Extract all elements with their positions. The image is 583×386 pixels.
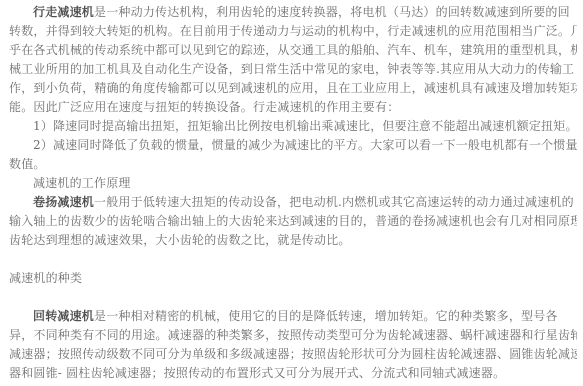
keyword-hoisting-reducer: 卷扬减速机 — [33, 195, 94, 209]
blank-line — [9, 288, 577, 307]
paragraph-slewing-reducer-line-2: 异，不同种类有不同的用途。减速器的种类繁多，按照传动类型可分为齿轮减速器、蜗杆减… — [9, 326, 577, 345]
paragraph-slewing-reducer-line-1: 回转减速机是一种相对精密的机械，使用它的目的是降低转速，增加转矩。它的种类繁多，… — [9, 307, 577, 326]
paragraph-slewing-reducer-line-3: 减速器；按照传动级数不同可分为单级和多级减速器；按照齿轮形状可分为圆柱齿轮减速器… — [9, 345, 577, 364]
paragraph-hoisting-reducer-line-3: 齿轮达到理想的减速效果，大小齿轮的齿数之比，就是传动比。 — [9, 231, 577, 250]
keyword-walking-reducer: 行走减速机 — [33, 5, 94, 19]
paragraph-hoisting-reducer-line-2: 输入轴上的齿数少的齿轮啮合输出轴上的大齿轮来达到减速的目的，普通的卷扬减速机也会… — [9, 212, 577, 231]
blank-line — [9, 250, 577, 269]
article-body: 行走减速机是一种动力传达机构，利用齿轮的速度转换器，将电机（马达）的回转数减速到… — [0, 0, 583, 383]
paragraph-walking-reducer-line-6: 能。因此广泛应用在速度与扭矩的转换设备。行走减速机的作用主要有： — [9, 98, 577, 117]
subheading-working-principle: 减速机的工作原理 — [9, 174, 577, 193]
list-item-2-line-2: 数值。 — [9, 155, 577, 174]
paragraph-walking-reducer-line-3: 乎在各式机械的传动系统中都可以见到它的踪迹，从交通工具的船舶、汽车、机车，建筑用… — [9, 41, 577, 60]
heading-reducer-types: 减速机的种类 — [9, 269, 577, 288]
paragraph-walking-reducer-line-1: 行走减速机是一种动力传达机构，利用齿轮的速度转换器，将电机（马达）的回转数减速到… — [9, 3, 577, 22]
paragraph-walking-reducer-line-2: 转数，并得到较大转矩的机构。在目前用于传递动力与运动的机构中，行走减速机的应用范… — [9, 22, 577, 41]
text-run: 是一种相对精密的机械，使用它的目的是降低转速，增加转矩。它的种类繁多，型号各 — [94, 309, 558, 323]
list-item-1: 1）降速同时提高输出扭矩，扭矩输出比例按电机输出乘减速比，但要注意不能超出减速机… — [9, 117, 577, 136]
paragraph-walking-reducer-line-5: 作，到小负荷，精确的角度传输都可以见到减速机的应用，且在工业应用上，减速机具有减… — [9, 79, 577, 98]
paragraph-hoisting-reducer-line-1: 卷扬减速机一般用于低转速大扭矩的传动设备，把电动机.内燃机或其它高速运转的动力通… — [9, 193, 577, 212]
paragraph-walking-reducer-line-4: 械工业所用的加工机具及自动化生产设备，到日常生活中常见的家电，钟表等等.其应用从… — [9, 60, 577, 79]
text-run: 是一种动力传达机构，利用齿轮的速度转换器，将电机（马达）的回转数减速到所要的回 — [94, 5, 570, 19]
paragraph-slewing-reducer-line-4: 器和圆锥- 圆柱齿轮减速器；按照传动的布置形式又可分为展开式、分流式和同轴式减速… — [9, 364, 577, 383]
list-item-2-line-1: 2）减速同时降低了负载的惯量，惯量的减少为减速比的平方。大家可以看一下一般电机都… — [9, 136, 577, 155]
text-run: 一般用于低转速大扭矩的传动设备，把电动机.内燃机或其它高速运转的动力通过减速机的 — [94, 195, 574, 209]
keyword-slewing-reducer: 回转减速机 — [33, 309, 94, 323]
